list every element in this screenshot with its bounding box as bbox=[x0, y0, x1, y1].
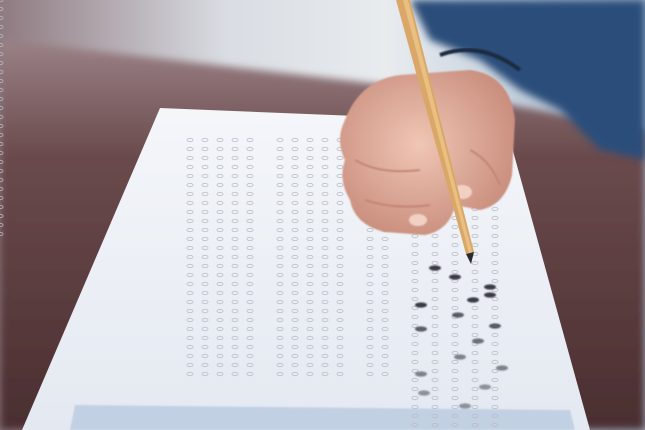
answer-sheet-photo bbox=[0, 0, 645, 430]
photo-scene bbox=[0, 0, 645, 430]
